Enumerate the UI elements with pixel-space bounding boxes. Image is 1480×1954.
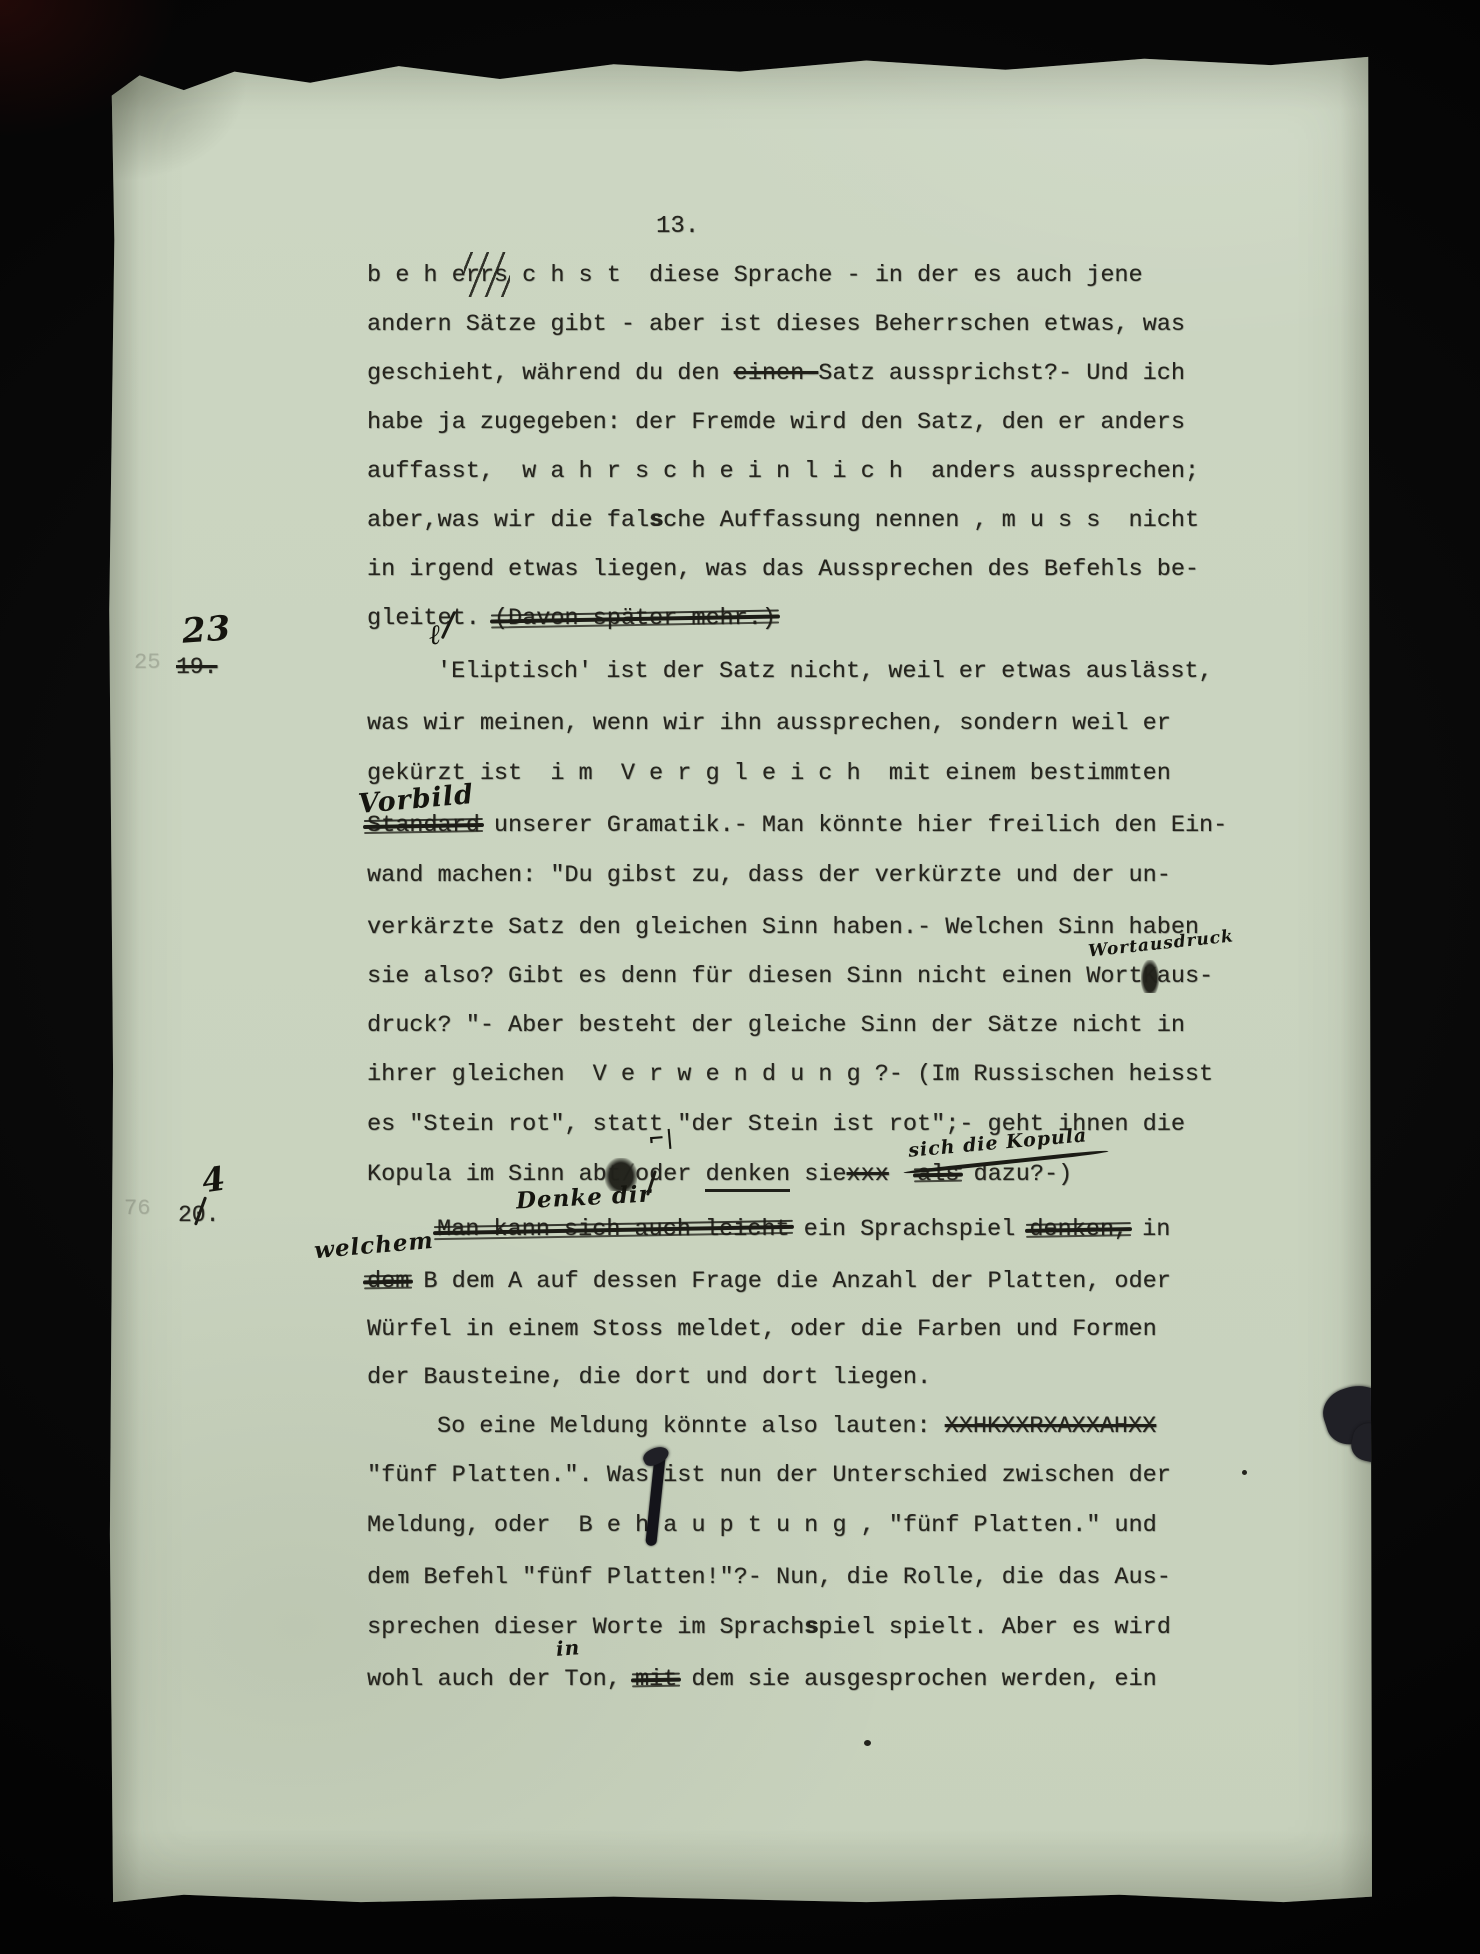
typed-segment: Meldung, oder B e h a u p t u n g , "fün… xyxy=(367,1512,1157,1539)
typed-segment: dem sie ausgesprochen werden, ein xyxy=(677,1666,1156,1693)
typed-segment: che Auffassung nennen , m u s s nicht xyxy=(663,507,1199,534)
stray-ink-dot-line-end xyxy=(1242,1470,1247,1475)
typed-line: der Bausteine, die dort und dort liegen. xyxy=(367,1364,931,1391)
typed-line: wand machen: "Du gibst zu, dass der verk… xyxy=(367,862,1171,889)
typed-line: verkärzte Satz den gleichen Sinn haben.-… xyxy=(367,914,1199,941)
typed-segment: geschieht, während du den xyxy=(367,360,734,387)
typed-segment: Würfel in einem Stoss meldet, oder die F… xyxy=(367,1316,1157,1343)
typed-line: in irgend etwas liegen, was das Aussprec… xyxy=(367,556,1199,583)
typed-segment: habe ja zugegeben: der Fremde wird den S… xyxy=(367,409,1185,436)
typed-line: So eine Meldung könnte also lauten: XXHK… xyxy=(437,1413,1156,1440)
typed-segment: So eine Meldung könnte also lauten: xyxy=(437,1413,945,1440)
typed-line: aber,was wir die falsche Auffassung nenn… xyxy=(367,507,1199,534)
typed-segment: dem Befehl "fünf Platten!"?- Nun, die Ro… xyxy=(367,1564,1171,1591)
typed-segment: wohl auch der Ton, xyxy=(367,1666,635,1693)
typed-segment: wand machen: "Du gibst zu, dass der verk… xyxy=(367,862,1171,889)
typed-segment-strike: xxx xyxy=(847,1161,889,1188)
typed-segment-blot: K xyxy=(1143,963,1157,990)
typed-segment-scribble: dem xyxy=(367,1268,409,1295)
typed-segment: sie xyxy=(790,1161,846,1188)
typed-segment: unserer Gramatik.- Man könnte hier freil… xyxy=(480,812,1227,839)
typed-line: 'Eliptisch' ist der Satz nicht, weil er … xyxy=(437,658,1213,685)
typed-segment-strike: XXHKXXRXAXXAHXX xyxy=(945,1413,1157,1440)
typed-segment-overtype: s xyxy=(649,507,663,534)
typed-line: was wir meinen, wenn wir ihn aussprechen… xyxy=(367,710,1171,737)
typed-segment: ein Sprachspiel xyxy=(790,1216,1030,1243)
typed-segment-scribble: mit xyxy=(635,1666,677,1693)
typed-segment: c h s t diese Sprache - in der es auch j… xyxy=(508,262,1143,289)
typed-segment: sprechen dieser Worte im Sprach xyxy=(367,1614,804,1641)
margin-ghost-offset-print: 25 xyxy=(134,650,160,675)
typed-segment-under: denken xyxy=(705,1161,790,1192)
typed-segment: b e h e xyxy=(367,262,466,289)
typed-line: andern Sätze gibt - aber ist dieses Behe… xyxy=(367,311,1185,338)
typed-segment-scribble: (Davon später mehr.) xyxy=(494,605,776,632)
typed-line: dem B dem A auf dessen Frage die Anzahl … xyxy=(367,1268,1171,1295)
typed-segment: verkärzte Satz den gleichen Sinn haben.-… xyxy=(367,914,1199,941)
typed-line: "fünf Platten.". Was ist nun der Untersc… xyxy=(367,1462,1171,1489)
margin-number-4-handwritten: 4 xyxy=(199,1159,228,1201)
typed-segment-scribble: Man kann sich auch leicht xyxy=(437,1216,790,1243)
margin-ghost-offset-print: 76 xyxy=(124,1196,150,1221)
typed-segment-scribble: denken, xyxy=(1029,1216,1128,1243)
typed-segment-slash: rrs xyxy=(466,262,508,289)
typed-line: wohl auch der Ton, mit dem sie ausgespro… xyxy=(367,1666,1157,1693)
insertion-mark: ⌐| xyxy=(647,1125,675,1151)
correction-denke-dir: Denke dir xyxy=(515,1180,652,1214)
typed-segment: Satz aussprichst?- Und ich xyxy=(818,360,1185,387)
page-number: 13. xyxy=(656,213,699,240)
typed-line: druck? "- Aber besteht der gleiche Sinn … xyxy=(367,1012,1185,1039)
typed-segment: 'Eliptisch' ist der Satz nicht, weil er … xyxy=(437,658,1213,685)
typed-segment: in xyxy=(1128,1216,1170,1243)
typed-line: habe ja zugegeben: der Fremde wird den S… xyxy=(367,409,1185,436)
typed-segment: B dem A auf dessen Frage die Anzahl der … xyxy=(409,1268,1171,1295)
typed-line: ihrer gleichen V e r w e n d u n g ?- (I… xyxy=(367,1061,1213,1088)
margin-number-19-struck: 19. xyxy=(176,654,217,680)
typed-segment-overtype: s xyxy=(804,1614,818,1641)
typed-segment: gekürzt ist i m V e r g l e i c h mit ei… xyxy=(367,760,1171,787)
correction-welchem: welchem xyxy=(313,1227,435,1264)
typed-line: geschieht, während du den einen-Satz aus… xyxy=(367,360,1185,387)
typed-segment-strike: einen- xyxy=(734,360,819,387)
typed-line: b e h errs c h s t diese Sprache - in de… xyxy=(367,262,1143,289)
typed-segment: auffasst, w a h r s c h e i n l i c h an… xyxy=(367,458,1199,485)
typed-line: sprechen dieser Worte im Sprachspiel spi… xyxy=(367,1614,1171,1641)
stray-ink-dot-bottom xyxy=(864,1740,871,1746)
typed-line: Meldung, oder B e h a u p t u n g , "fün… xyxy=(367,1512,1157,1539)
typed-segment: der Bausteine, die dort und dort liegen. xyxy=(367,1364,931,1391)
typed-segment: in irgend etwas liegen, was das Aussprec… xyxy=(367,556,1199,583)
typed-segment: ihrer gleichen V e r w e n d u n g ?- (I… xyxy=(367,1061,1213,1088)
typed-line: Standard unserer Gramatik.- Man könnte h… xyxy=(367,812,1227,839)
typed-segment: "fünf Platten.". Was ist nun der Untersc… xyxy=(367,1462,1171,1489)
correction-in: in xyxy=(555,1635,581,1661)
typed-segment: was wir meinen, wenn wir ihn aussprechen… xyxy=(367,710,1171,737)
typed-segment: aber,was wir die fal xyxy=(367,507,649,534)
manuscript-page: 13. b e h errs c h s t diese Sprache - i… xyxy=(108,55,1372,1904)
typed-line: Würfel in einem Stoss meldet, oder die F… xyxy=(367,1316,1157,1343)
typed-line: dem Befehl "fünf Platten!"?- Nun, die Ro… xyxy=(367,1564,1171,1591)
typed-segment: sie also? Gibt es denn für diesen Sinn n… xyxy=(367,963,1143,990)
typed-segment: aus- xyxy=(1157,963,1213,990)
typed-segment: andern Sätze gibt - aber ist dieses Behe… xyxy=(367,311,1185,338)
photo-background: 13. b e h errs c h s t diese Sprache - i… xyxy=(0,0,1480,1954)
typed-line: auffasst, w a h r s c h e i n l i c h an… xyxy=(367,458,1199,485)
typed-line: gekürzt ist i m V e r g l e i c h mit ei… xyxy=(367,760,1171,787)
typed-line: sie also? Gibt es denn für diesen Sinn n… xyxy=(367,963,1213,990)
typed-segment: piel spielt. Aber es wird xyxy=(818,1614,1171,1641)
typed-line: Man kann sich auch leicht ein Sprachspie… xyxy=(437,1216,1170,1243)
typed-segment: druck? "- Aber besteht der gleiche Sinn … xyxy=(367,1012,1185,1039)
margin-number-23-handwritten: 23 xyxy=(181,608,233,651)
